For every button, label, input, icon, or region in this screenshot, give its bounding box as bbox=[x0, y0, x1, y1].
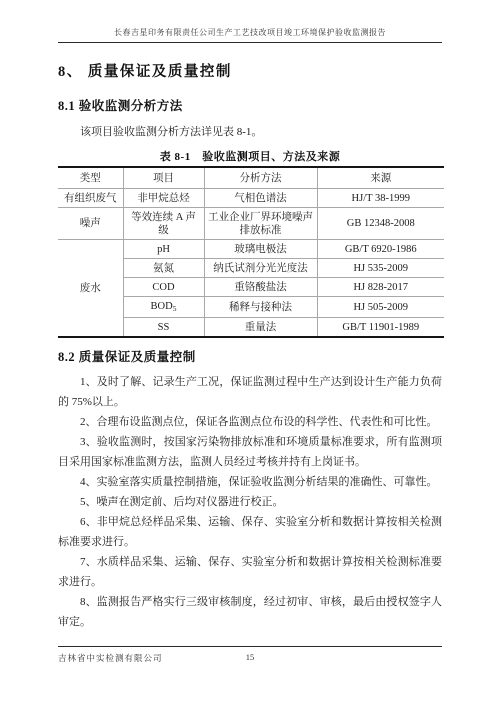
paragraph-3: 3、验收监测时，按国家污染物排放标准和环境质量标准要求，所有监测项目采用国家标准… bbox=[58, 432, 442, 472]
cell-item: 氨氮 bbox=[123, 259, 204, 278]
cell-source: HJ 505-2009 bbox=[317, 297, 444, 318]
col-header-item: 项目 bbox=[123, 167, 204, 189]
cell-item: 等效连续 A 声级 bbox=[123, 208, 204, 240]
header-rule bbox=[58, 42, 442, 43]
page-content: 长春吉星印务有限责任公司生产工艺技改项目竣工环境保护验收监测报告 8、 质量保证… bbox=[0, 27, 500, 632]
cell-method: 气相色谱法 bbox=[204, 189, 317, 208]
cell-method: 重铬酸盐法 bbox=[204, 278, 317, 297]
page-footer: 吉林省中实检测有限公司 15 bbox=[58, 646, 442, 664]
section-8-2-title: 8.2 质量保证及质量控制 bbox=[58, 347, 442, 365]
cell-item: pH bbox=[123, 240, 204, 259]
cell-item: 非甲烷总烃 bbox=[123, 189, 204, 208]
cell-type: 噪声 bbox=[58, 208, 123, 240]
paragraph-6: 6、非甲烷总烃样品采集、运输、保存、实验室分析和数据计算按相关检测标准要求进行。 bbox=[58, 512, 442, 552]
table-header-row: 类型 项目 分析方法 来源 bbox=[58, 167, 444, 189]
table-8-1-caption: 表 8-1 验收监测项目、方法及来源 bbox=[58, 148, 442, 164]
document-page: 长春吉星印务有限责任公司生产工艺技改项目竣工环境保护验收监测报告 8、 质量保证… bbox=[0, 0, 500, 707]
table-8-1: 类型 项目 分析方法 来源 有组织废气 非甲烷总烃 气相色谱法 HJ/T 38-… bbox=[58, 166, 444, 338]
section-8-1-title: 8.1 验收监测分析方法 bbox=[58, 96, 442, 114]
cell-type: 有组织废气 bbox=[58, 189, 123, 208]
table-row: 噪声 等效连续 A 声级 工业企业厂界环境噪声排放标准 GB 12348-200… bbox=[58, 208, 444, 240]
cell-item: COD bbox=[123, 278, 204, 297]
paragraph-7: 7、水质样品采集、运输、保存、实验室分析和数据计算按相关检测标准要求进行。 bbox=[58, 552, 442, 592]
cell-source: GB 12348-2008 bbox=[317, 208, 444, 240]
cell-item: SS bbox=[123, 318, 204, 338]
col-header-type: 类型 bbox=[58, 167, 123, 189]
section-8-2-paragraphs: 1、及时了解、记录生产工况，保证监测过程中生产达到设计生产能力负荷的 75%以上… bbox=[58, 372, 442, 632]
paragraph-1: 1、及时了解、记录生产工况，保证监测过程中生产达到设计生产能力负荷的 75%以上… bbox=[58, 372, 442, 412]
cell-type-wastewater: 废水 bbox=[58, 240, 123, 338]
bod-label: BOD bbox=[151, 301, 173, 312]
cell-source: GB/T 6920-1986 bbox=[317, 240, 444, 259]
cell-source: GB/T 11901-1989 bbox=[317, 318, 444, 338]
cell-method: 工业企业厂界环境噪声排放标准 bbox=[204, 208, 317, 240]
footer-page-number: 15 bbox=[58, 652, 442, 662]
footer-rule bbox=[58, 646, 442, 647]
cell-source: HJ 828-2017 bbox=[317, 278, 444, 297]
cell-method: 重量法 bbox=[204, 318, 317, 338]
paragraph-2: 2、合理布设监测点位，保证各监测点位布设的科学性、代表性和可比性。 bbox=[58, 412, 442, 432]
cell-source: HJ/T 38-1999 bbox=[317, 189, 444, 208]
col-header-source: 来源 bbox=[317, 167, 444, 189]
col-header-method: 分析方法 bbox=[204, 167, 317, 189]
running-header: 长春吉星印务有限责任公司生产工艺技改项目竣工环境保护验收监测报告 bbox=[58, 27, 442, 38]
bod-subscript: 5 bbox=[173, 304, 177, 313]
section-8-1-intro: 该项目验收监测分析方法详见表 8-1。 bbox=[58, 122, 442, 142]
table-row: 废水 pH 玻璃电极法 GB/T 6920-1986 bbox=[58, 240, 444, 259]
table-row: 有组织废气 非甲烷总烃 气相色谱法 HJ/T 38-1999 bbox=[58, 189, 444, 208]
paragraph-8: 8、监测报告严格实行三级审核制度，经过初审、审核，最后由授权签字人审定。 bbox=[58, 592, 442, 632]
cell-source: HJ 535-2009 bbox=[317, 259, 444, 278]
cell-method: 稀释与接种法 bbox=[204, 297, 317, 318]
paragraph-4: 4、实验室落实质量控制措施，保证验收监测分析结果的准确性、可靠性。 bbox=[58, 472, 442, 492]
paragraph-5: 5、噪声在测定前、后均对仪器进行校正。 bbox=[58, 492, 442, 512]
footer-row: 吉林省中实检测有限公司 15 bbox=[58, 652, 442, 664]
cell-item-bod: BOD5 bbox=[123, 297, 204, 318]
cell-method: 纳氏试剂分光光度法 bbox=[204, 259, 317, 278]
cell-method: 玻璃电极法 bbox=[204, 240, 317, 259]
section-8-title: 8、 质量保证及质量控制 bbox=[58, 60, 442, 81]
